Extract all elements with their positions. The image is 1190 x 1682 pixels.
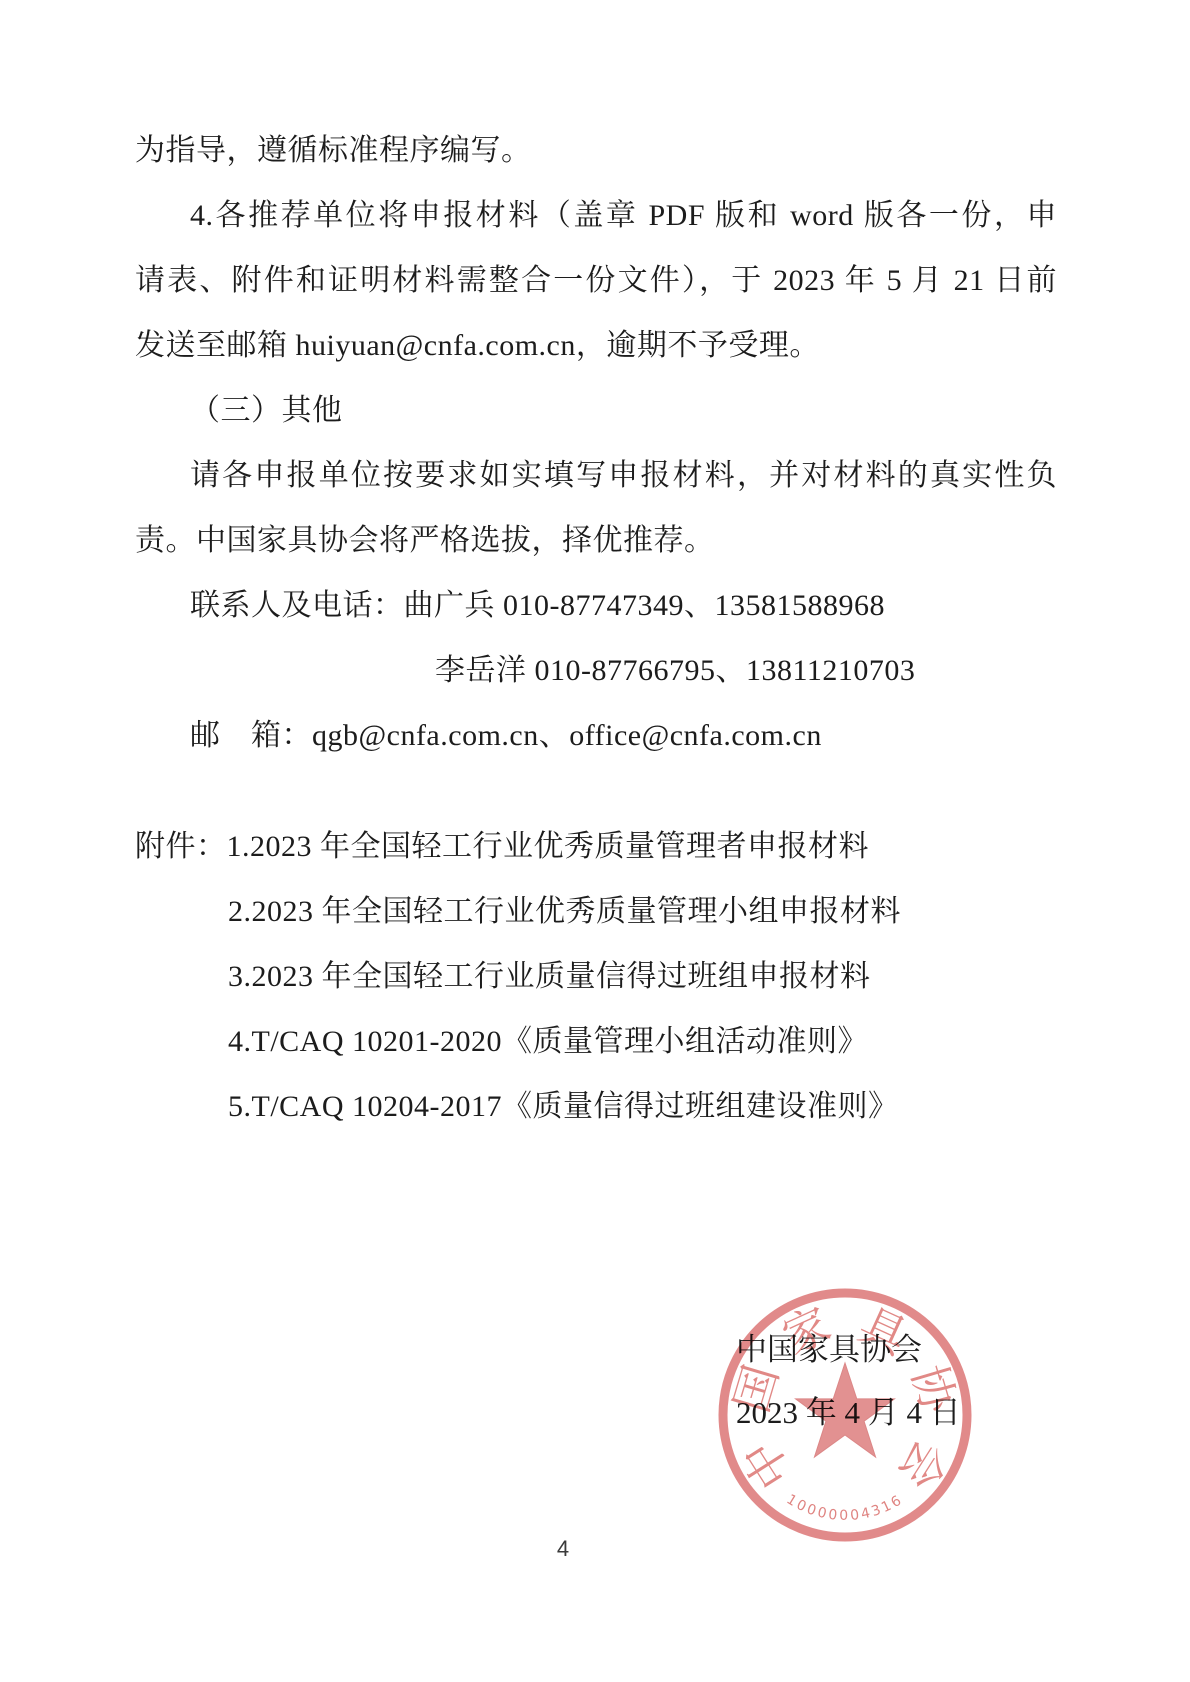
paragraph-line: 发送至邮箱 huiyuan@cnfa.com.cn，逾期不予受理。 (135, 313, 1057, 378)
paragraph-line: 为指导，遵循标准程序编写。 (135, 118, 1057, 183)
official-seal-stamp: 中 国 家 具 协 会 1100000043168 (714, 1284, 976, 1546)
paragraph-line: 责。中国家具协会将严格选拔，择优推荐。 (135, 508, 1057, 573)
section-heading: （三）其他 (135, 378, 1057, 443)
contact-line: 联系人及电话：曲广兵 010-87747349、13581588968 (135, 573, 1057, 638)
section-gap (135, 768, 1057, 814)
attachment-line: 5.T/CAQ 10204-2017《质量信得过班组建设准则》 (228, 1074, 1057, 1139)
paragraph-line: 请表、附件和证明材料需整合一份文件），于 2023 年 5 月 21 日前 (135, 248, 1057, 313)
seal-star-icon (796, 1363, 895, 1457)
email-line: 邮 箱：qgb@cnfa.com.cn、office@cnfa.com.cn (135, 703, 1057, 768)
attachment-line: 3.2023 年全国轻工行业质量信得过班组申报材料 (228, 944, 1057, 1009)
attachment-line: 4.T/CAQ 10201-2020《质量管理小组活动准则》 (228, 1009, 1057, 1074)
attachment-line: 2.2023 年全国轻工行业优秀质量管理小组申报材料 (228, 879, 1057, 944)
document-page: 为指导，遵循标准程序编写。 4.各推荐单位将申报材料（盖章 PDF 版和 wor… (0, 0, 1190, 1682)
page-number: 4 (548, 1536, 578, 1562)
paragraph-line: 请各申报单位按要求如实填写申报材料，并对材料的真实性负 (135, 443, 1057, 508)
attachment-line: 附件：1.2023 年全国轻工行业优秀质量管理者申报材料 (135, 814, 1057, 879)
contact-line: 李岳洋 010-87766795、13811210703 (435, 638, 1057, 703)
document-body: 为指导，遵循标准程序编写。 4.各推荐单位将申报材料（盖章 PDF 版和 wor… (135, 118, 1057, 1139)
paragraph-line: 4.各推荐单位将申报材料（盖章 PDF 版和 word 版各一份，申 (135, 183, 1057, 248)
